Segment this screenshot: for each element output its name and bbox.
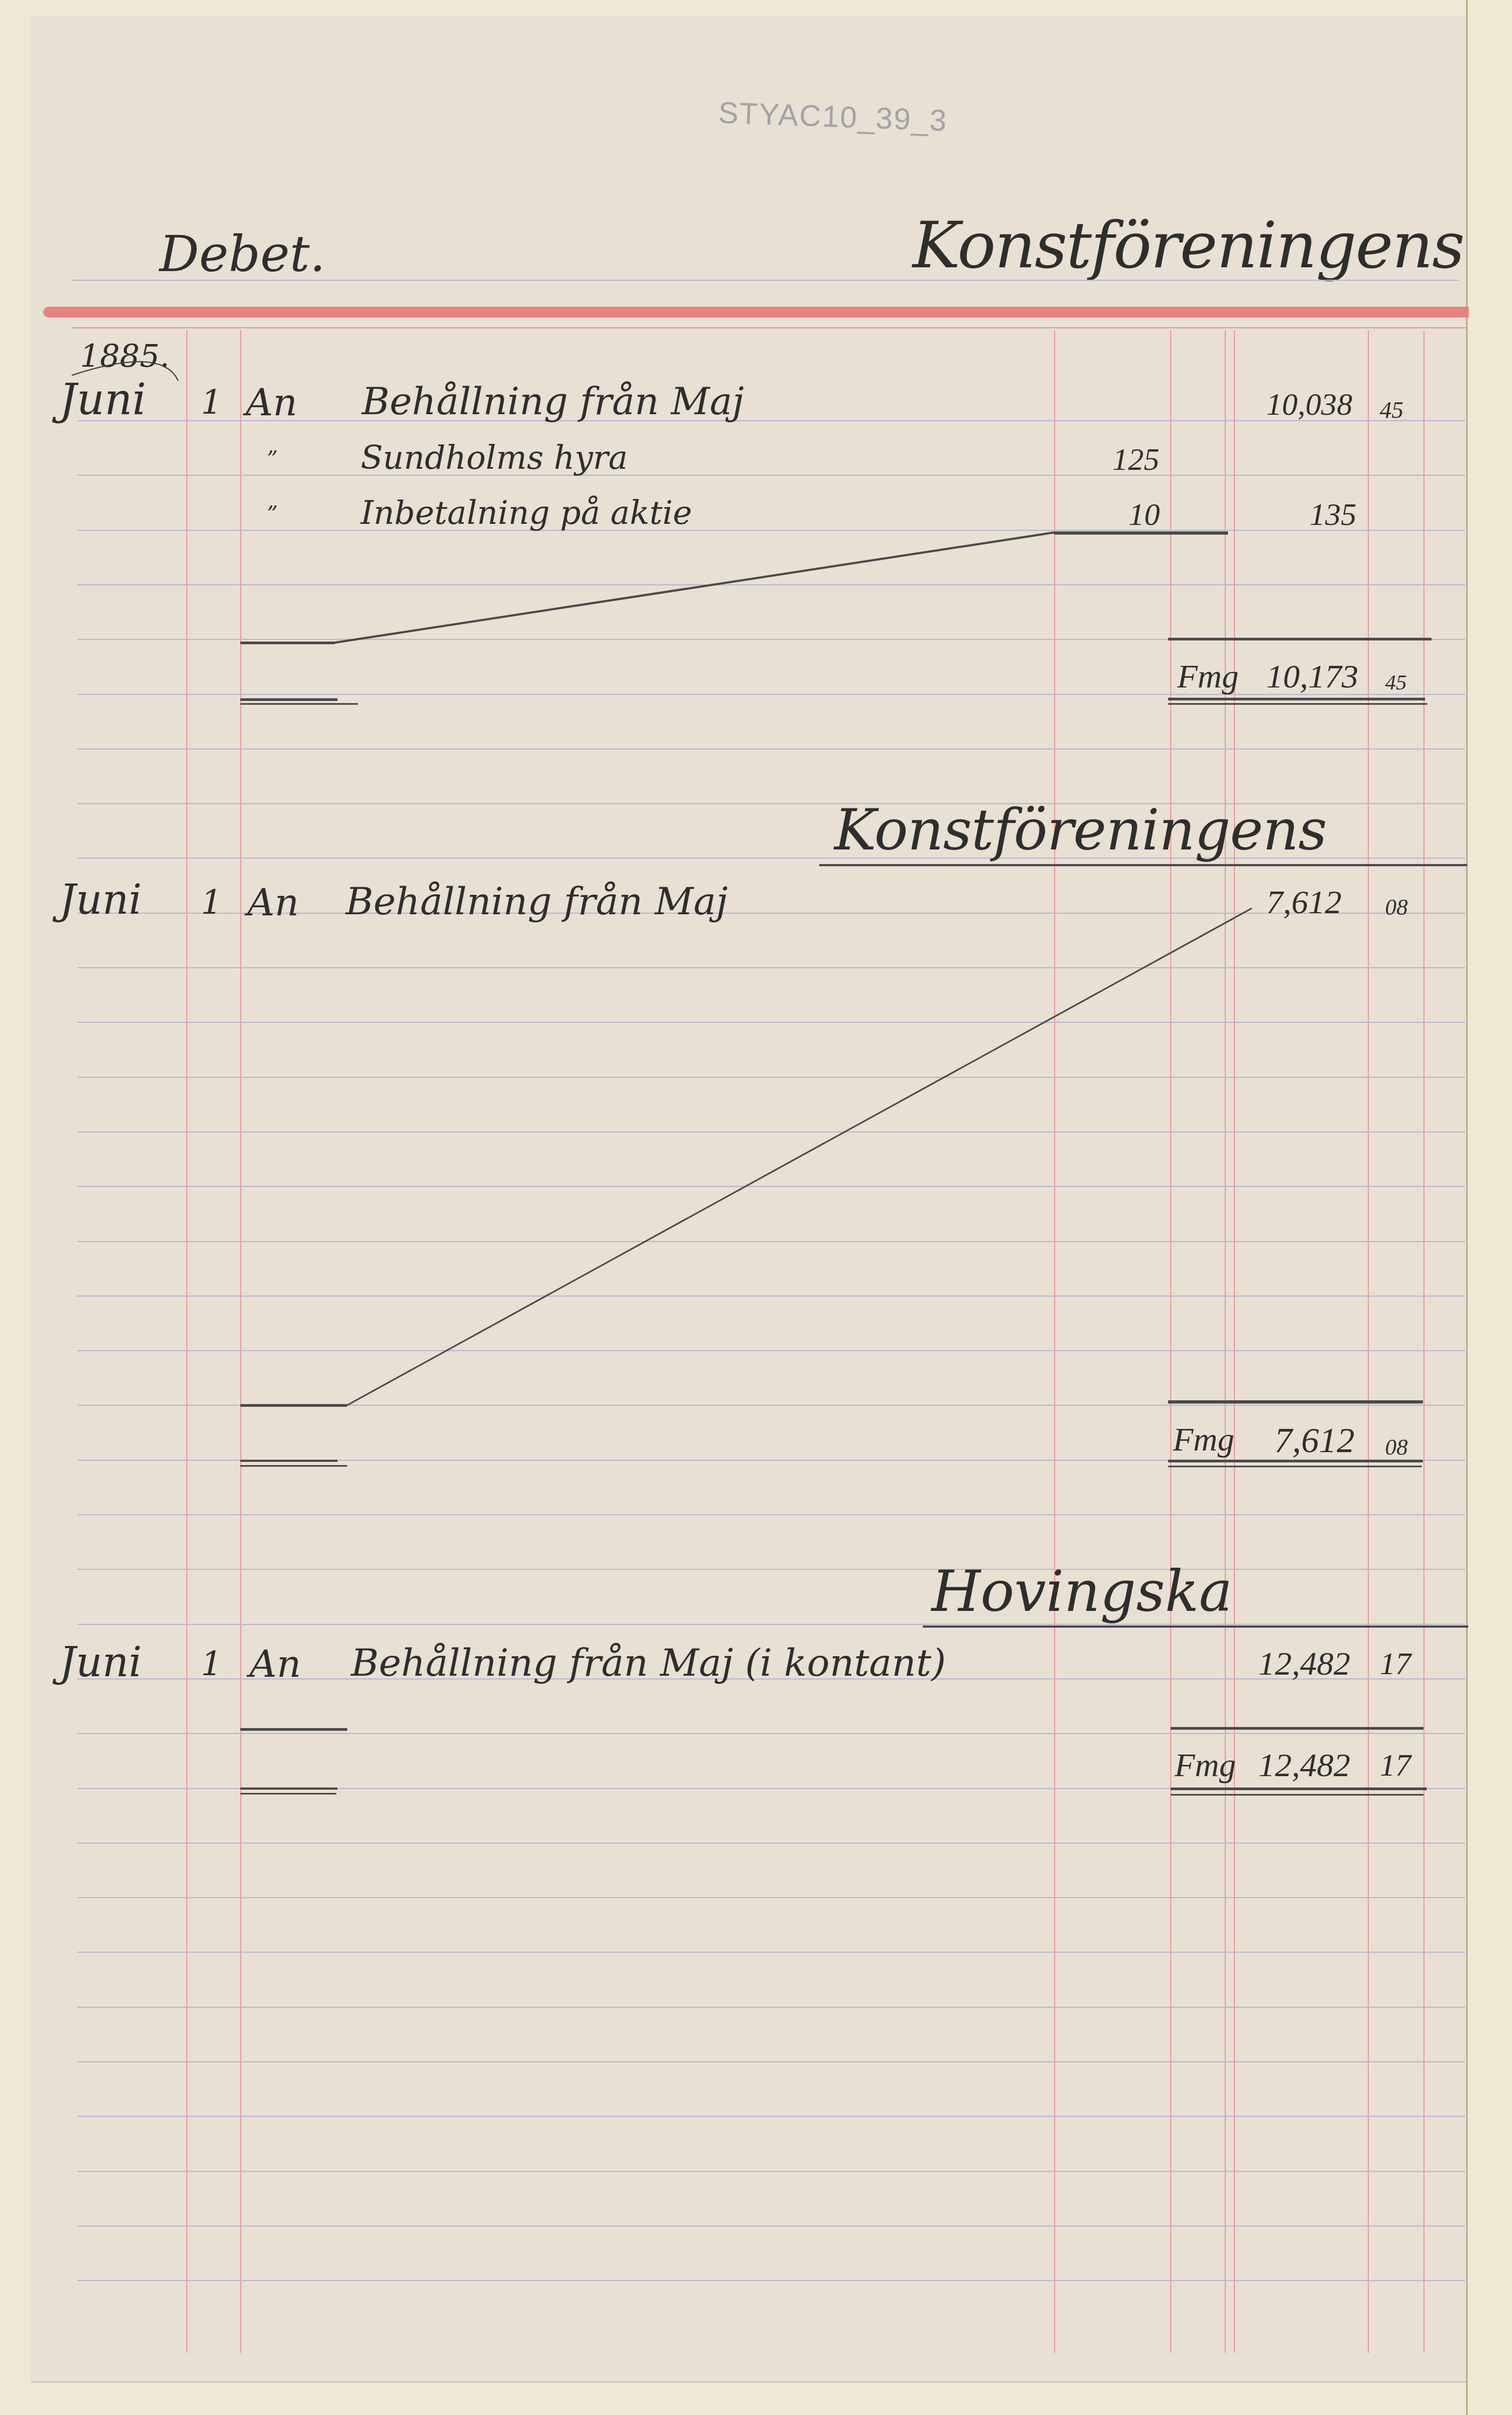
diagonal-stroke-section-2 [347,908,1252,1405]
diagonal-stroke-section-1 [240,532,1054,643]
cancellation-strokes [0,0,1512,2415]
year-bracket-icon [72,362,178,381]
